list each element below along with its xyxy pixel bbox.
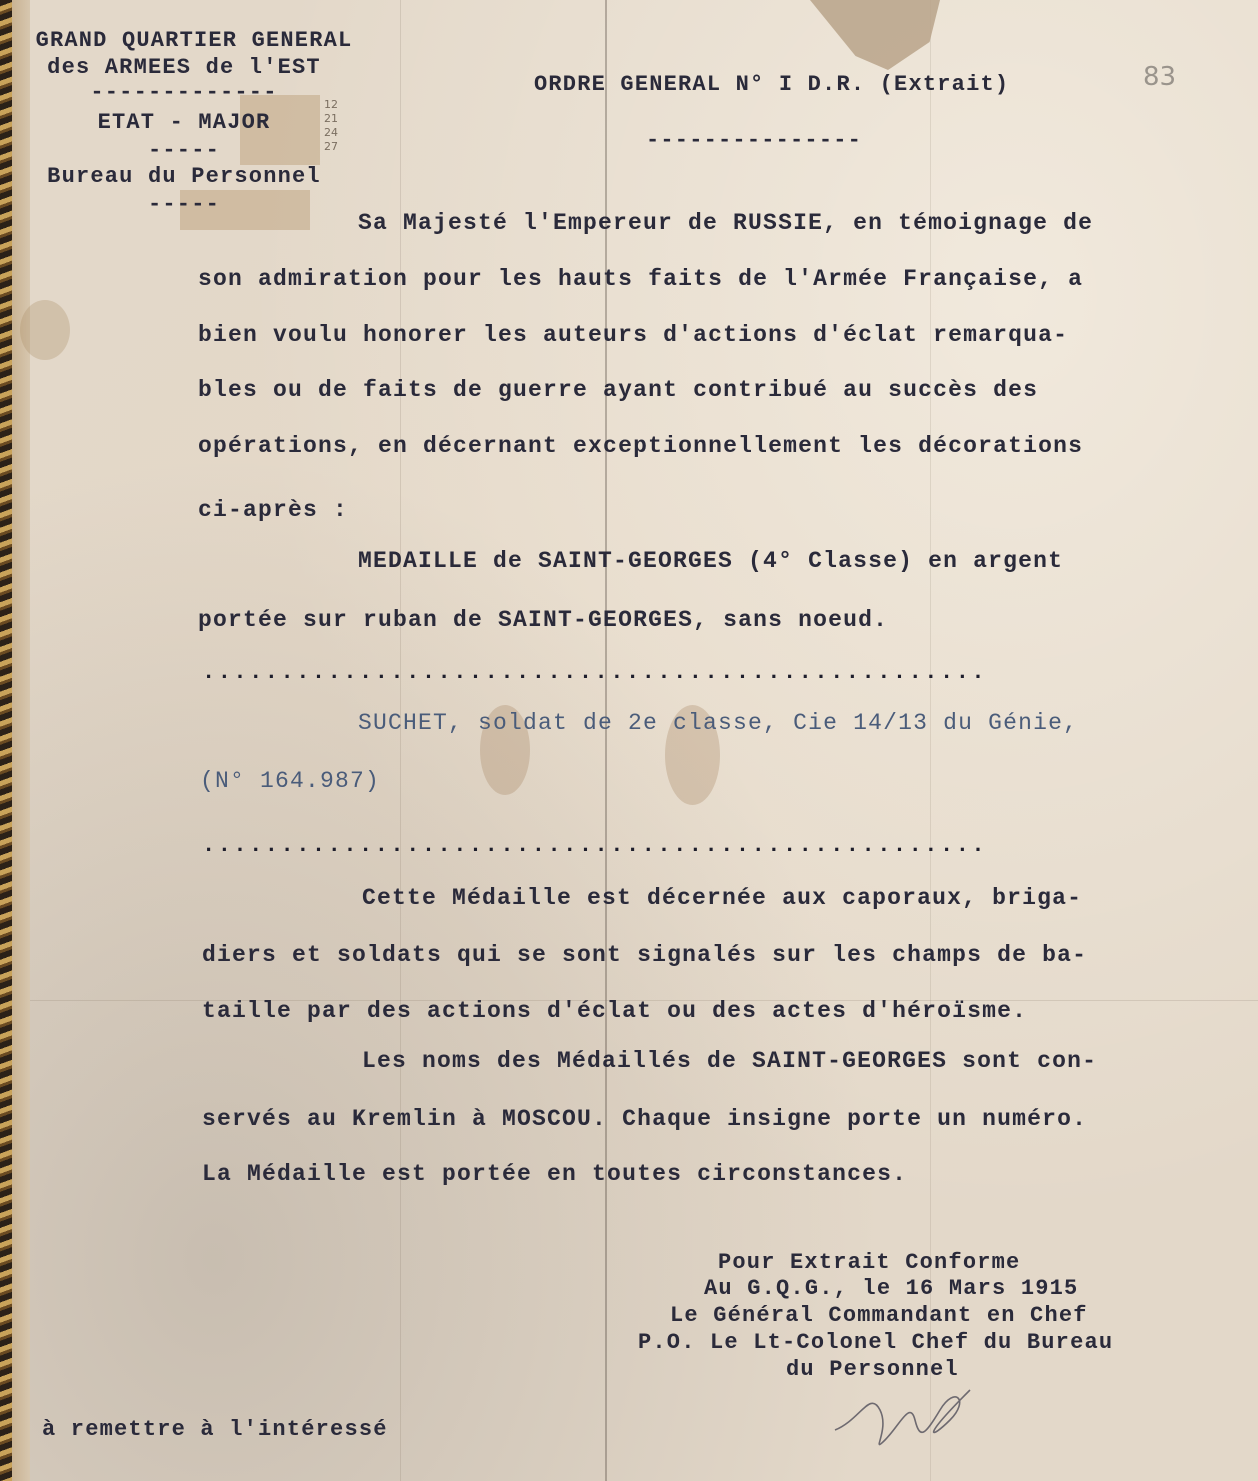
header-bureau: Bureau du Personnel xyxy=(14,164,354,189)
paragraph-line: son admiration pour les hauts faits de l… xyxy=(198,266,1083,292)
paragraph-line: Sa Majesté l'Empereur de RUSSIE, en témo… xyxy=(358,210,1093,236)
signature-line: P.O. Le Lt-Colonel Chef du Bureau xyxy=(638,1330,1113,1355)
paragraph-line: taille par des actions d'éclat ou des ac… xyxy=(202,998,1027,1024)
signature-line: du Personnel xyxy=(786,1357,959,1382)
medal-title: MEDAILLE de SAINT-GEORGES (4° Classe) en… xyxy=(358,548,1063,574)
paragraph-line: bien voulu honorer les auteurs d'actions… xyxy=(198,322,1068,348)
signature-date: Au G.Q.G., le 16 Mars 1915 xyxy=(704,1276,1078,1301)
header-separator: ----- xyxy=(14,192,354,217)
side-number: 12 xyxy=(324,98,338,112)
recipient-number: (N° 164.987) xyxy=(200,768,380,794)
paragraph-line: servés au Kremlin à MOSCOU. Chaque insig… xyxy=(202,1106,1087,1132)
signature-line: Pour Extrait Conforme xyxy=(718,1250,1020,1275)
header-separator: ----- xyxy=(14,138,354,163)
paragraph-line: La Médaille est portée en toutes circons… xyxy=(202,1161,907,1187)
medal-ribbon: portée sur ruban de SAINT-GEORGES, sans … xyxy=(198,607,888,633)
header-line-2: des ARMEES de l'EST xyxy=(14,55,354,80)
frame-border xyxy=(0,0,12,1481)
handwritten-signature xyxy=(830,1380,980,1460)
side-number: 27 xyxy=(324,140,338,154)
side-number: 24 xyxy=(324,126,338,140)
signature-line: Le Général Commandant en Chef xyxy=(670,1303,1088,1328)
header-line-1: GRAND QUARTIER GENERAL xyxy=(14,28,374,53)
paragraph-line: Les noms des Médaillés de SAINT-GEORGES … xyxy=(362,1048,1097,1074)
paragraph-line: opérations, en décernant exceptionnellem… xyxy=(198,433,1083,459)
paragraph-line: ci-après : xyxy=(198,497,348,523)
dotted-separator: ........................................… xyxy=(202,833,987,858)
header-separator: ------------- xyxy=(14,80,354,105)
order-title-underline: --------------- xyxy=(646,128,862,153)
side-numbers: 12 21 24 27 xyxy=(324,98,338,154)
header-etat-major: ETAT - MAJOR xyxy=(14,110,354,135)
pencil-number: 83 xyxy=(1143,62,1176,92)
paragraph-line: diers et soldats qui se sont signalés su… xyxy=(202,942,1087,968)
order-title: ORDRE GENERAL N° I D.R. (Extrait) xyxy=(534,72,1009,97)
recipient-name: SUCHET, soldat de 2e classe, Cie 14/13 d… xyxy=(358,710,1078,736)
water-stain xyxy=(20,300,70,360)
paragraph-line: bles ou de faits de guerre ayant contrib… xyxy=(198,377,1038,403)
dotted-separator: ........................................… xyxy=(202,660,987,685)
footer-note: à remettre à l'intéressé xyxy=(42,1417,388,1442)
paragraph-line: Cette Médaille est décernée aux caporaux… xyxy=(362,885,1082,911)
side-number: 21 xyxy=(324,112,338,126)
